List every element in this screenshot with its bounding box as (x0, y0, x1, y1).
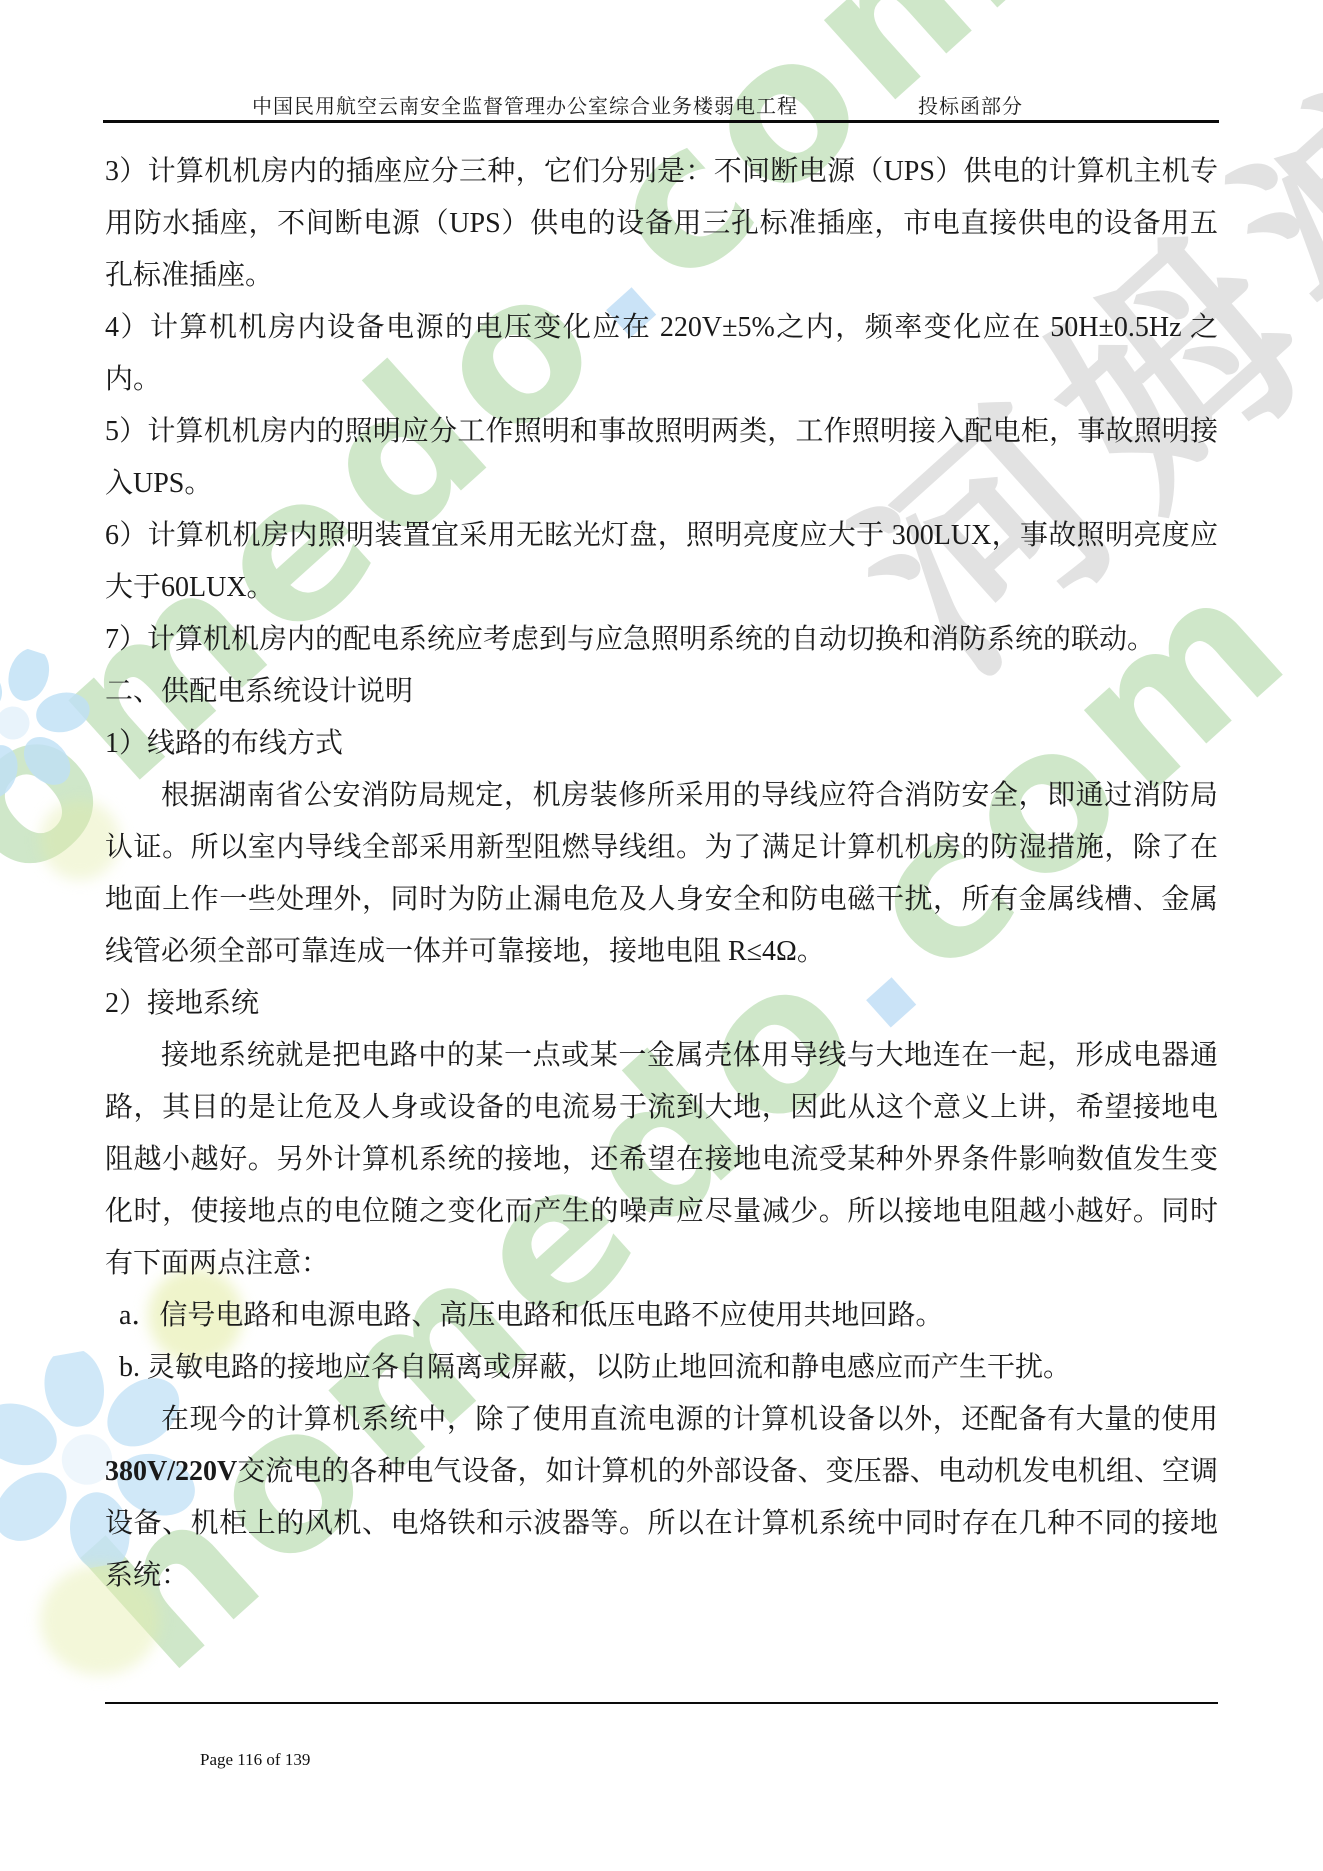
paragraph: 4）计算机机房内设备电源的电压变化应在 220V±5%之内，频率变化应在 50H… (105, 302, 1218, 406)
bold-text: 380V/220V (105, 1456, 237, 1487)
paragraph: 5）计算机机房内的照明应分工作照明和事故照明两类，工作照明接入配电柜，事故照明接… (105, 406, 1218, 510)
paragraph: a．信号电路和电源电路、高压电路和低压电路不应使用共地回路。 (105, 1290, 1218, 1342)
paragraph: b. 灵敏电路的接地应各自隔离或屏蔽，以防止地回流和静电感应而产生干扰。 (105, 1342, 1218, 1394)
document-page: homedo.com homedo.com 河姆渡 (0, 0, 1323, 1871)
footer-divider (105, 1702, 1218, 1704)
paragraph: 3）计算机机房内的插座应分三种，它们分别是：不间断电源（UPS）供电的计算机主机… (105, 146, 1218, 302)
paragraph: 在现今的计算机系统中，除了使用直流电源的计算机设备以外，还配备有大量的使用380… (105, 1394, 1218, 1602)
paragraph: 二、供配电系统设计说明 (105, 666, 1218, 718)
paragraph: 2）接地系统 (105, 978, 1218, 1030)
paragraph: 根据湖南省公安消防局规定，机房装修所采用的导线应符合消防安全，即通过消防局认证。… (105, 770, 1218, 978)
paragraph: 接地系统就是把电路中的某一点或某一金属壳体用导线与大地连在一起，形成电器通路，其… (105, 1030, 1218, 1290)
page-number: Page 116 of 139 (200, 1750, 310, 1770)
paragraph: 1）线路的布线方式 (105, 718, 1218, 770)
content-layer: 中国民用航空云南安全监督管理办公室综合业务楼弱电工程 投标函部分 3）计算机机房… (0, 0, 1323, 1871)
document-body: 3）计算机机房内的插座应分三种，它们分别是：不间断电源（UPS）供电的计算机主机… (105, 146, 1218, 1602)
paragraph: 6）计算机机房内照明装置宜采用无眩光灯盘，照明亮度应大于 300LUX，事故照明… (105, 510, 1218, 614)
paragraph: 7）计算机机房内的配电系统应考虑到与应急照明系统的自动切换和消防系统的联动。 (105, 614, 1218, 666)
header-title: 中国民用航空云南安全监督管理办公室综合业务楼弱电工程 (252, 90, 798, 119)
header-section-label: 投标函部分 (918, 90, 1023, 119)
header-divider (103, 120, 1219, 123)
